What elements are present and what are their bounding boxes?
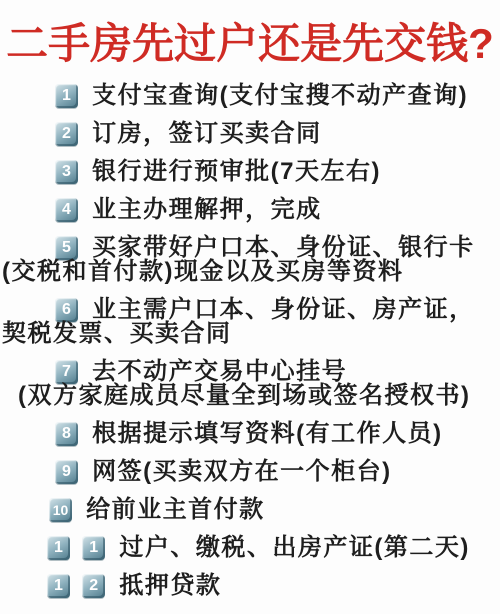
keycap-2-icon: 2 bbox=[82, 574, 105, 598]
steps-list: 1 支付宝查询(支付宝搜不动产查询) 2 订房，签订买卖合同 3 银行进行预审批… bbox=[0, 84, 500, 598]
step-text-line2: (交税和首付款)现金以及买房等资料 bbox=[2, 260, 500, 284]
keycap-6-icon: 6 bbox=[55, 298, 78, 322]
step-item-9: 9 网签(买卖双方在一个柜台) bbox=[2, 460, 500, 484]
step-text: 业主办理解押，完成 bbox=[92, 196, 322, 223]
keycap-1-icon: 1 bbox=[55, 84, 78, 108]
step-text: 支付宝查询(支付宝搜不动产查询) bbox=[92, 82, 468, 109]
step-item-1: 1 支付宝查询(支付宝搜不动产查询) bbox=[2, 84, 500, 108]
keycap-10-icon: 10 bbox=[49, 498, 72, 522]
step-text: 网签(买卖双方在一个柜台) bbox=[92, 458, 391, 485]
keycap-1-icon: 1 bbox=[47, 574, 70, 598]
step-item-5: 5 买家带好户口本、身份证、银行卡 (交税和首付款)现金以及买房等资料 bbox=[2, 236, 500, 284]
keycap-1-icon: 1 bbox=[82, 536, 105, 560]
step-text: 根据提示填写资料(有工作人员) bbox=[92, 420, 442, 447]
step-item-7: 7 去不动产交易中心挂号 (双方家庭成员尽量全到场或签名授权书) bbox=[2, 360, 500, 408]
step-item-11: 1 1 过户、缴税、出房产证(第二天) bbox=[2, 536, 500, 560]
step-item-4: 4 业主办理解押，完成 bbox=[2, 198, 500, 222]
infographic-page: 二手房先过户还是先交钱? 1 支付宝查询(支付宝搜不动产查询) 2 订房，签订买… bbox=[0, 0, 500, 598]
keycap-2-icon: 2 bbox=[55, 122, 78, 146]
step-text: 过户、缴税、出房产证(第二天) bbox=[119, 534, 469, 561]
step-item-12: 1 2 抵押贷款 bbox=[2, 574, 500, 598]
step-item-2: 2 订房，签订买卖合同 bbox=[2, 122, 500, 146]
step-item-3: 3 银行进行预审批(7天左右) bbox=[2, 160, 500, 184]
keycap-4-icon: 4 bbox=[55, 198, 78, 222]
step-item-8: 8 根据提示填写资料(有工作人员) bbox=[2, 422, 500, 446]
page-title: 二手房先过户还是先交钱? bbox=[0, 0, 500, 68]
keycap-1-icon: 1 bbox=[47, 536, 70, 560]
step-text-line2: (双方家庭成员尽量全到场或签名授权书) bbox=[18, 384, 500, 408]
step-text: 银行进行预审批(7天左右) bbox=[92, 158, 381, 185]
keycap-3-icon: 3 bbox=[55, 160, 78, 184]
step-text: 订房，签订买卖合同 bbox=[92, 120, 322, 147]
step-text-line2: 契税发票、买卖合同 bbox=[2, 322, 500, 346]
step-text: 给前业主首付款 bbox=[86, 496, 265, 523]
step-text: 抵押贷款 bbox=[119, 572, 221, 599]
step-item-6: 6 业主需户口本、身份证、房产证， 契税发票、买卖合同 bbox=[2, 298, 500, 346]
step-item-10: 10 给前业主首付款 bbox=[2, 498, 500, 522]
keycap-5-icon: 5 bbox=[55, 236, 78, 260]
keycap-7-icon: 7 bbox=[55, 360, 78, 384]
keycap-9-icon: 9 bbox=[55, 460, 78, 484]
keycap-8-icon: 8 bbox=[55, 422, 78, 446]
